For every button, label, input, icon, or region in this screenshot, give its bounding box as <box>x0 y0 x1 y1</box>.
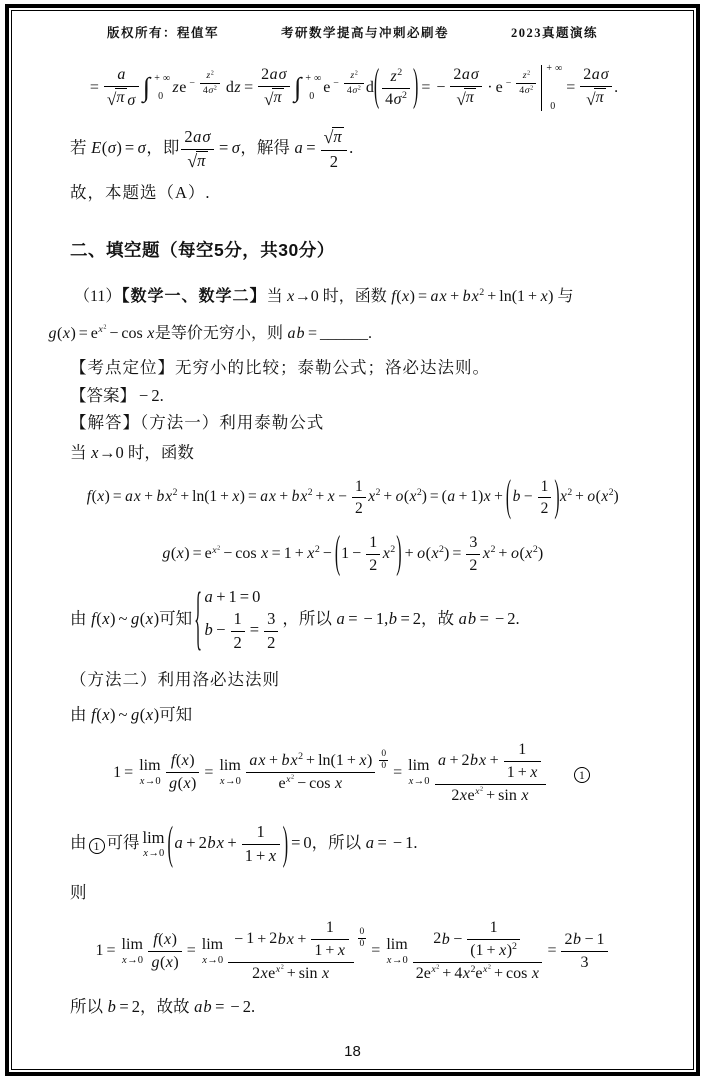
page-header: 版权所有：程值军 考研数学提高与冲刺必刷卷 2023真题演练 <box>12 11 693 41</box>
header-title: 考研数学提高与冲刺必刷卷 <box>281 23 449 41</box>
page-inner-border: 版权所有：程值军 考研数学提高与冲刺必刷卷 2023真题演练 =a√πσ∫+∞0… <box>11 10 694 1070</box>
line-equivalent-infinitesimal: 由 f(x)~g(x)可知 <box>70 704 679 726</box>
formula-g-taylor: g(x)=ex2−cos x=1+x2−(1−12x2)+o(x2)=32x2+… <box>26 533 679 576</box>
page-number: 18 <box>344 1043 361 1060</box>
header-copyright: 版权所有：程值军 <box>107 23 219 41</box>
content-blocks: =a√πσ∫+∞0ze−z24σ2 dz=2aσ√π∫+∞0e−z24σ2d(z… <box>12 41 693 1043</box>
problem-11-line1: （11）【数学一、数学二】当 x→0 时，函数 f(x)=ax+bx2+ln(1… <box>74 286 675 308</box>
header-edition: 2023真题演练 <box>511 23 598 41</box>
formula-f-taylor: f(x)=ax+bx2+ln(1+x)=ax+bx2+x−12x2+o(x2)=… <box>26 477 679 519</box>
line-system-conclusion: 由 f(x)~g(x)可知{a+1=0b−12=32，所以 a=−1,b=2，故… <box>70 586 679 654</box>
formula-limit-1: 1=limx→0f(x)g(x)=limx→0ax+bx2+ln(1+x)ex2… <box>26 740 679 806</box>
line-solve-for-a: 若 E(σ)=σ，即2aσ√π=σ，解得 a=√π2. <box>70 127 679 172</box>
line-key-points: 【考点定位】无穷小的比较；泰勒公式；洛必达法则。 <box>70 357 679 379</box>
line-answer-choice: 故，本题选（A）. <box>70 182 679 204</box>
line-from-eq1: 由1可得limx→0(a+2bx+11+x)=0，所以 a=−1. <box>70 822 679 866</box>
line-as-x-to-0: 当 x→0 时，函数 <box>70 442 679 464</box>
line-final-conclusion: 所以 b=2，故故 ab=−2. <box>70 996 679 1018</box>
line-solution-method1: 【解答】（方法一）利用泰勒公式 <box>70 412 679 434</box>
formula-limit-2: 1=limx→0f(x)g(x)=limx→0−1+2bx+11+x2xex2+… <box>26 918 679 984</box>
line-then: 则 <box>70 882 679 904</box>
page-footer: 18 <box>12 1043 693 1069</box>
problem-11-line2: g(x)=ex2−cos x是等价无穷小，则 ab=______. <box>48 323 679 345</box>
line-answer: 【答案】−2. <box>70 385 679 407</box>
line-method2: （方法二）利用洛必达法则 <box>70 669 679 691</box>
page-outer-border: 版权所有：程值军 考研数学提高与冲刺必刷卷 2023真题演练 =a√πσ∫+∞0… <box>5 4 700 1076</box>
formula-gaussian-integral: =a√πσ∫+∞0ze−z24σ2 dz=2aσ√π∫+∞0e−z24σ2d(z… <box>32 63 673 113</box>
section-heading-fill-blanks: 二、填空题（每空5分，共30分） <box>70 239 679 263</box>
